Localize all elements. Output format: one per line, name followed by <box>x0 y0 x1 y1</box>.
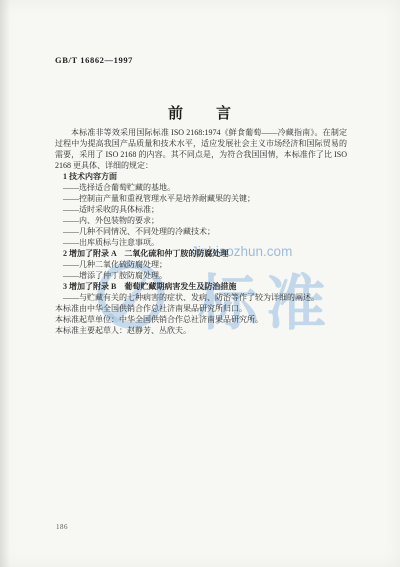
closing-line: 本标准由中华全国供销合作总社济南果品研究所归口。 <box>55 303 347 314</box>
list-item: ——增添了仲丁胺防腐处理。 <box>55 270 347 281</box>
scan-edge-shading <box>0 0 10 567</box>
list-item: ——几种二氧化硫防腐处理； <box>55 259 347 270</box>
list-item: ——出库质标与注意事项。 <box>55 237 347 248</box>
list-item: ——选择适合葡萄贮藏的基地。 <box>55 182 347 193</box>
intro-paragraph: 本标准非等效采用国际标准 ISO 2168:1974《鲜食葡萄——冷藏指南》。在… <box>55 127 347 171</box>
list-item: ——与贮藏有关的七种病害的症状、发病、防治等作了较为详细的阐述。 <box>55 292 347 303</box>
list-item: ——适时采收的具体标准； <box>55 204 347 215</box>
list-item: ——控制亩产量和重视管理水平是培养耐藏果的关键； <box>55 193 347 204</box>
section2-heading: 2 增加了附录 A 二氧化硫和仲丁胺的防腐处理 <box>55 248 347 259</box>
list-item: ——几种不同情况、不同处理的冷藏技术； <box>55 226 347 237</box>
document-page: Jinbiaozhun.com 标准 GB/T 16862—1997 前 言 本… <box>0 0 400 567</box>
page-number: 186 <box>56 523 68 531</box>
list-item: ——内、外包装物的要求； <box>55 215 347 226</box>
foreword-body: 本标准非等效采用国际标准 ISO 2168:1974《鲜食葡萄——冷藏指南》。在… <box>55 127 347 336</box>
closing-line: 本标准主要起草人：赵静芳、丛欣夫。 <box>55 325 347 336</box>
section3-heading: 3 增加了附录 B 葡萄贮藏期病害发生及防治措施 <box>55 281 347 292</box>
standard-number: GB/T 16862—1997 <box>55 55 133 65</box>
closing-line: 本标准起草单位：中华全国供销合作总社济南果品研究所。 <box>55 314 347 325</box>
page-title: 前 言 <box>0 102 400 123</box>
section1-heading: 1 技术内容方面 <box>55 171 347 182</box>
